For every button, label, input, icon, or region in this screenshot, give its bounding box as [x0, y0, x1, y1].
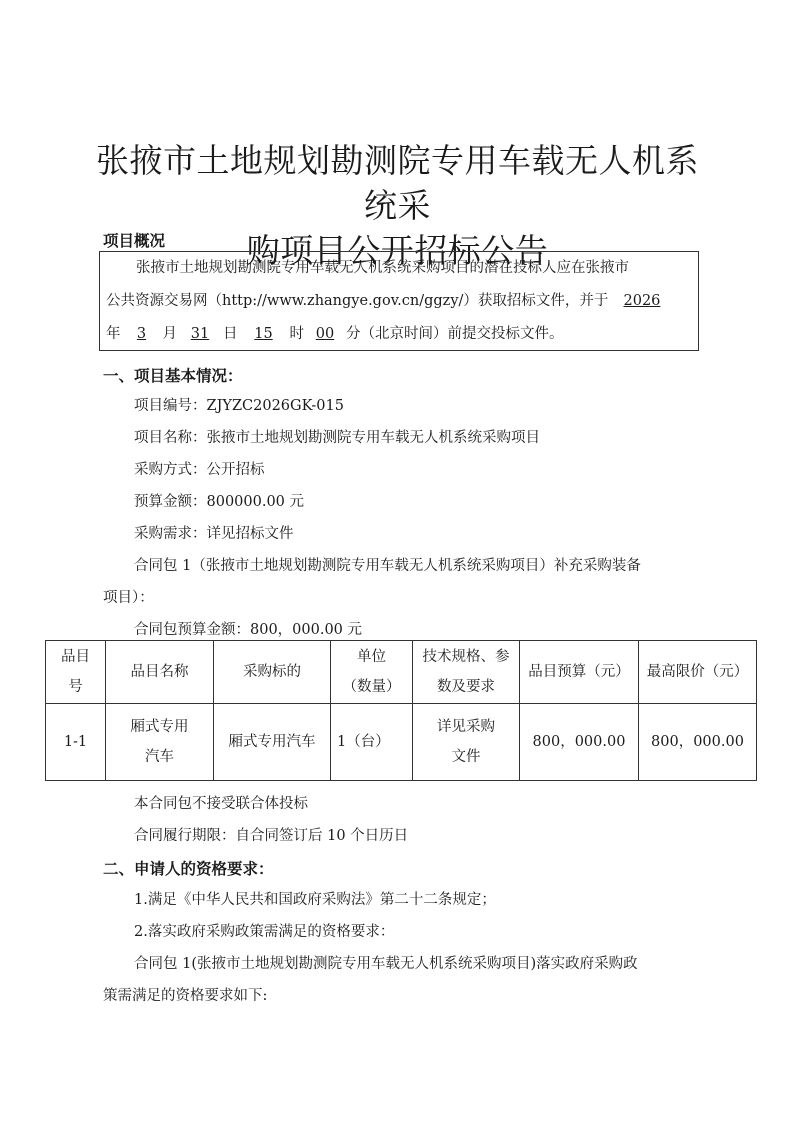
day-unit: 日: [223, 326, 238, 342]
header-subject: 采购标的: [214, 641, 331, 704]
package-description-line-1: 合同包 1（张掖市土地规划勘测院专用车载无人机系统采购项目）补充采购装备: [134, 556, 641, 576]
procurement-demand: 采购需求：详见招标文件: [134, 524, 294, 544]
no-consortium-note: 本合同包不接受联合体投标: [134, 794, 308, 814]
title-line-1: 张掖市土地规划勘测院专用车载无人机系统采: [96, 141, 699, 225]
cell-subject: 厢式专用汽车: [214, 704, 331, 781]
overview-line-3: 年3月31日15时00分（北京时间）前提交投标文件。: [106, 318, 692, 351]
header-item-no: 品目号: [46, 641, 106, 704]
section-2-heading: 二、申请人的资格要求：: [103, 857, 274, 879]
overview-line-2: 公共资源交易网（http://www.zhangye.gov.cn/ggzy/）…: [106, 285, 692, 318]
header-item-budget: 品目预算（元）: [520, 641, 639, 704]
overview-line-1: 张掖市土地规划勘测院专用车载无人机系统采购项目的潜在投标人应在张掖市: [106, 252, 692, 285]
year-unit: 年: [106, 326, 121, 342]
deadline-minute: 00: [304, 318, 346, 351]
overview-line-2-text: 公共资源交易网（http://www.zhangye.gov.cn/ggzy/）…: [106, 293, 608, 309]
overview-box: 张掖市土地规划勘测院专用车载无人机系统采购项目的潜在投标人应在张掖市 公共资源交…: [99, 251, 699, 351]
budget-amount: 预算金额：800000.00 元: [134, 492, 304, 512]
overview-label: 项目概况: [103, 229, 165, 251]
cell-unit: 1（台）: [331, 704, 413, 781]
deadline-year: 2026: [608, 285, 660, 318]
header-max-price: 最高限价（元）: [639, 641, 757, 704]
qualification-item-2: 2.落实政府采购政策需满足的资格要求：: [134, 922, 394, 942]
hour-unit: 时: [290, 326, 305, 342]
cell-item-name: 厢式专用汽车: [106, 704, 214, 781]
deadline-suffix: 分（北京时间）前提交投标文件。: [346, 326, 564, 342]
project-name: 项目名称：张掖市土地规划勘测院专用车载无人机系统采购项目: [134, 428, 540, 448]
table-header-row: 品目号 品目名称 采购标的 单位（数量） 技术规格、参数及要求 品目预算（元） …: [46, 641, 757, 704]
contract-term: 合同履行期限：自合同签订后 10 个日历日: [134, 826, 408, 846]
header-unit: 单位（数量）: [331, 641, 413, 704]
package-budget: 合同包预算金额：800，000.00 元: [134, 620, 362, 640]
qualification-package-line-2: 策需满足的资格要求如下:: [103, 986, 267, 1006]
month-unit: 月: [163, 326, 178, 342]
deadline-month: 3: [121, 318, 163, 351]
table-row: 1-1 厢式专用汽车 厢式专用汽车 1（台） 详见采购文件 800，000.00…: [46, 704, 757, 781]
header-item-name: 品目名称: [106, 641, 214, 704]
cell-item-budget: 800，000.00: [520, 704, 639, 781]
cell-max-price: 800，000.00: [639, 704, 757, 781]
header-spec: 技术规格、参数及要求: [413, 641, 520, 704]
cell-spec: 详见采购文件: [413, 704, 520, 781]
section-1-heading: 一、项目基本情况：: [103, 364, 243, 386]
deadline-hour: 15: [238, 318, 290, 351]
project-number: 项目编号：ZJYZC2026GK-015: [134, 396, 344, 416]
cell-item-no: 1-1: [46, 704, 106, 781]
procurement-items-table: 品目号 品目名称 采购标的 单位（数量） 技术规格、参数及要求 品目预算（元） …: [45, 640, 757, 781]
procurement-method: 采购方式：公开招标: [134, 460, 265, 480]
deadline-day: 31: [177, 318, 223, 351]
package-description-line-2: 项目）：: [103, 588, 154, 608]
qualification-item-1: 1.满足《中华人民共和国政府采购法》第二十二条规定；: [134, 890, 496, 910]
qualification-package-line-1: 合同包 1(张掖市土地规划勘测院专用车载无人机系统采购项目)落实政府采购政: [134, 954, 638, 974]
